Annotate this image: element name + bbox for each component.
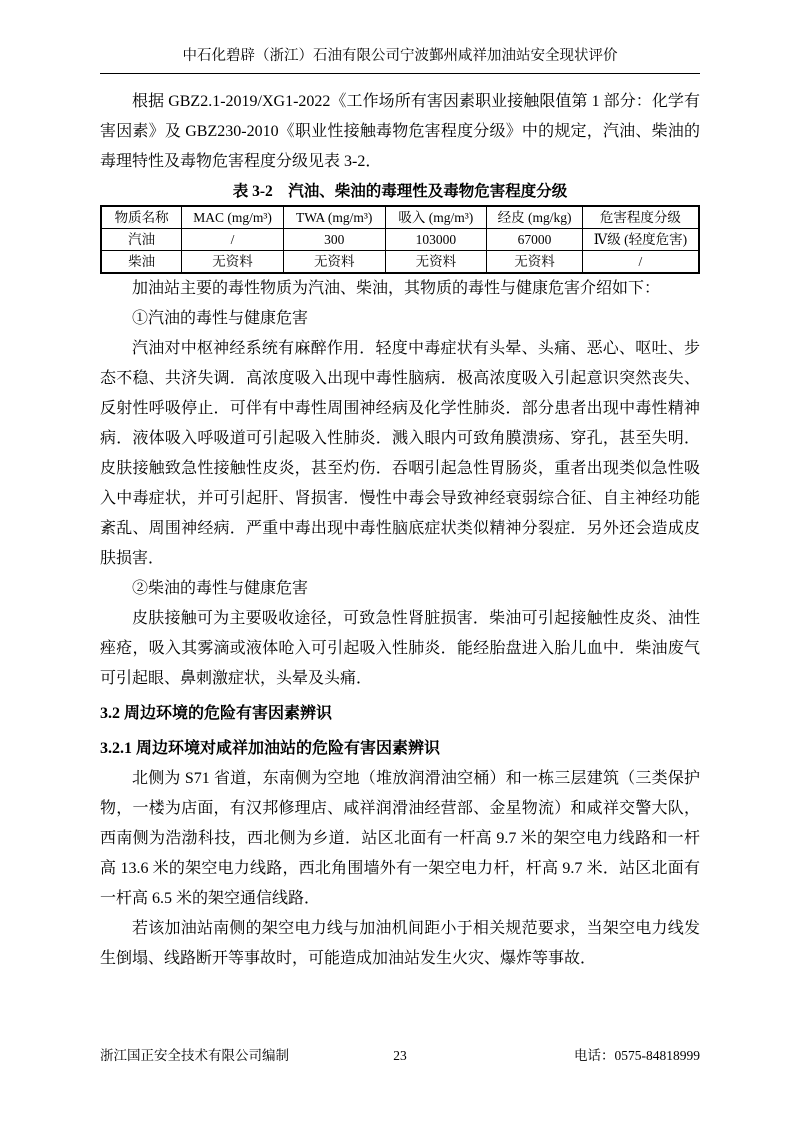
paragraph-diesel-toxicity: 皮肤接触可为主要吸收途径，可致急性肾脏损害．柴油可引起接触性皮炎、油性痤疮，吸入… (100, 604, 700, 694)
table-cell: 300 (283, 229, 385, 251)
table-header-cell: TWA (mg/m³) (283, 206, 385, 229)
table-cell: 柴油 (101, 251, 182, 274)
table-header-cell: 经皮 (mg/kg) (487, 206, 583, 229)
table-cell: 无资料 (283, 251, 385, 274)
footer-page-number: 23 (300, 1046, 500, 1066)
table-cell: / (582, 251, 699, 274)
table-row: 柴油 无资料 无资料 无资料 无资料 / (101, 251, 699, 274)
footer-phone: 电话：0575-84818999 (500, 1046, 700, 1066)
table-cell: 67000 (487, 229, 583, 251)
section-heading-3-2: 3.2 周边环境的危险有害因素辨识 (100, 699, 700, 729)
section-heading-3-2-1: 3.2.1 周边环境对咸祥加油站的危险有害因素辨识 (100, 734, 700, 764)
table-cell: 无资料 (385, 251, 487, 274)
table-header-cell: MAC (mg/m³) (182, 206, 284, 229)
page-header: 中石化碧辟（浙江）石油有限公司宁波鄞州咸祥加油站安全现状评价 (100, 0, 700, 74)
table-header-cell: 物质名称 (101, 206, 182, 229)
table-cell: 无资料 (487, 251, 583, 274)
table-header-cell: 吸入 (mg/m³) (385, 206, 487, 229)
table-cell: / (182, 229, 284, 251)
table-cell: 103000 (385, 229, 487, 251)
toxicity-table: 物质名称 MAC (mg/m³) TWA (mg/m³) 吸入 (mg/m³) … (100, 205, 700, 274)
table-header-row: 物质名称 MAC (mg/m³) TWA (mg/m³) 吸入 (mg/m³) … (101, 206, 699, 229)
paragraph-powerline-risk: 若该加油站南侧的架空电力线与加油机间距小于相关规范要求，当架空电力线发生倒塌、线… (100, 914, 700, 974)
table-row: 汽油 / 300 103000 67000 Ⅳ级 (轻度危害) (101, 229, 699, 251)
footer-company: 浙江国正安全技术有限公司编制 (100, 1046, 300, 1066)
table-caption: 表 3-2 汽油、柴油的毒理性及毒物危害程度分级 (100, 179, 700, 205)
paragraph-toxic-substances: 加油站主要的毒性物质为汽油、柴油，其物质的毒性与健康危害介绍如下： (100, 274, 700, 304)
table-cell: Ⅳ级 (轻度危害) (582, 229, 699, 251)
table-cell: 汽油 (101, 229, 182, 251)
document-page: 中石化碧辟（浙江）石油有限公司宁波鄞州咸祥加油站安全现状评价 根据 GBZ2.1… (0, 0, 800, 1131)
table-header-cell: 危害程度分级 (582, 206, 699, 229)
paragraph-intro: 根据 GBZ2.1-2019/XG1-2022《工作场所有害因素职业接触限值第 … (100, 87, 700, 177)
page-body: 根据 GBZ2.1-2019/XG1-2022《工作场所有害因素职业接触限值第 … (100, 87, 700, 974)
subitem-diesel-title: ②柴油的毒性与健康危害 (100, 574, 700, 604)
page-footer: 浙江国正安全技术有限公司编制 23 电话：0575-84818999 (100, 1046, 700, 1066)
header-title: 中石化碧辟（浙江）石油有限公司宁波鄞州咸祥加油站安全现状评价 (100, 46, 700, 74)
subitem-gasoline-title: ①汽油的毒性与健康危害 (100, 304, 700, 334)
paragraph-surroundings: 北侧为 S71 省道，东南侧为空地（堆放润滑油空桶）和一栋三层建筑（三类保护物，… (100, 764, 700, 914)
table-cell: 无资料 (182, 251, 284, 274)
paragraph-gasoline-toxicity: 汽油对中枢神经系统有麻醉作用．轻度中毒症状有头晕、头痛、恶心、呕吐、步态不稳、共… (100, 334, 700, 574)
